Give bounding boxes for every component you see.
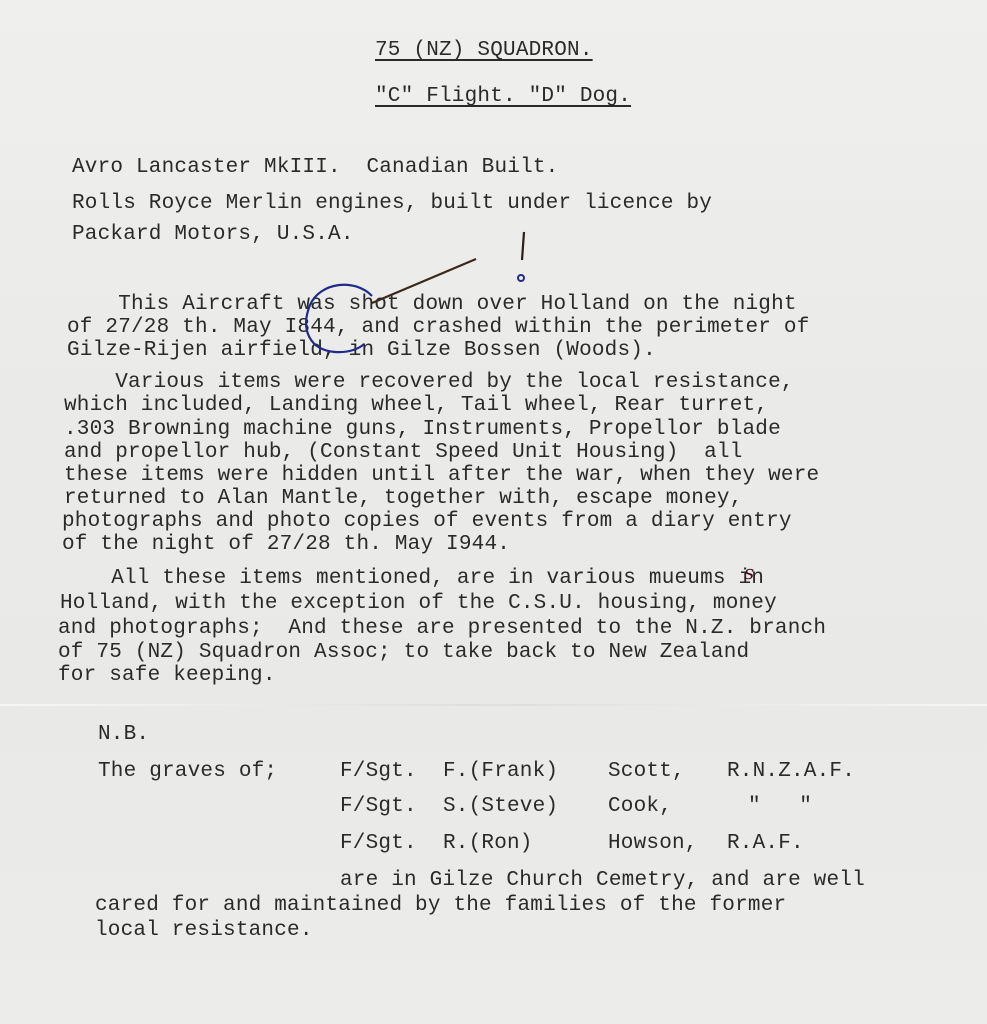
para3-line-5: for safe keeping. <box>58 665 276 687</box>
closing-line-3: local resistance. <box>95 920 313 942</box>
exclamation-mark-annotation-icon <box>510 228 534 288</box>
crew-3-surname: Howson, <box>608 833 698 855</box>
para2-line-2: which included, Landing wheel, Tail whee… <box>64 395 768 417</box>
closing-line-2: cared for and maintained by the families… <box>95 895 786 917</box>
crew-1-name: F.(Frank) <box>443 761 558 783</box>
para2-line-1: Various items were recovered by the loca… <box>64 372 794 394</box>
para3-line-4: of 75 (NZ) Squadron Assoc; to take back … <box>58 642 749 664</box>
para1-line-1: This Aircraft was shot down over Holland… <box>67 294 797 316</box>
crew-1-rank: F/Sgt. <box>340 761 417 783</box>
intro-line-2: Rolls Royce Merlin engines, built under … <box>72 193 712 215</box>
para2-line-3: .303 Browning machine guns, Instruments,… <box>64 419 781 441</box>
para3-line-1: All these items mentioned, are in variou… <box>60 568 764 590</box>
title-squadron: 75 (NZ) SQUADRON. <box>375 40 593 62</box>
intro-line-1: Avro Lancaster MkIII. Canadian Built. <box>72 157 558 179</box>
para2-line-8: of the night of 27/28 th. May I944. <box>62 534 510 556</box>
title-flight: "C" Flight. "D" Dog. <box>375 86 631 108</box>
crew-1-surname: Scott, <box>608 761 685 783</box>
crew-1-service: R.N.Z.A.F. <box>727 761 855 783</box>
crew-2-surname: Cook, <box>608 796 672 818</box>
crew-3-service: R.A.F. <box>727 833 804 855</box>
para2-line-7: photographs and photo copies of events f… <box>62 511 792 533</box>
para2-line-4: and propellor hub, (Constant Speed Unit … <box>64 442 743 464</box>
crew-2-rank: F/Sgt. <box>340 796 417 818</box>
intro-line-3: Packard Motors, U.S.A. <box>72 224 354 246</box>
para1-line-2: of 27/28 th. May I844, and crashed withi… <box>67 317 810 339</box>
nb-label: N.B. <box>98 724 149 746</box>
para2-line-5: these items were hidden until after the … <box>64 465 819 487</box>
para3-line-3: and photographs; And these are presented… <box>58 618 826 640</box>
crew-3-name: R.(Ron) <box>443 833 533 855</box>
crew-2-name: S.(Steve) <box>443 796 558 818</box>
para2-line-6: returned to Alan Mantle, together with, … <box>64 488 743 510</box>
crew-2-service: " " <box>748 796 812 818</box>
closing-line-1: are in Gilze Church Cemetry, and are wel… <box>340 870 865 892</box>
para3-line-2: Holland, with the exception of the C.S.U… <box>60 593 777 615</box>
crew-3-rank: F/Sgt. <box>340 833 417 855</box>
paper-fold-line <box>0 704 987 706</box>
para1-line-3: Gilze-Rijen airfield, in Gilze Bossen (W… <box>67 340 656 362</box>
graves-label: The graves of; <box>98 761 277 783</box>
